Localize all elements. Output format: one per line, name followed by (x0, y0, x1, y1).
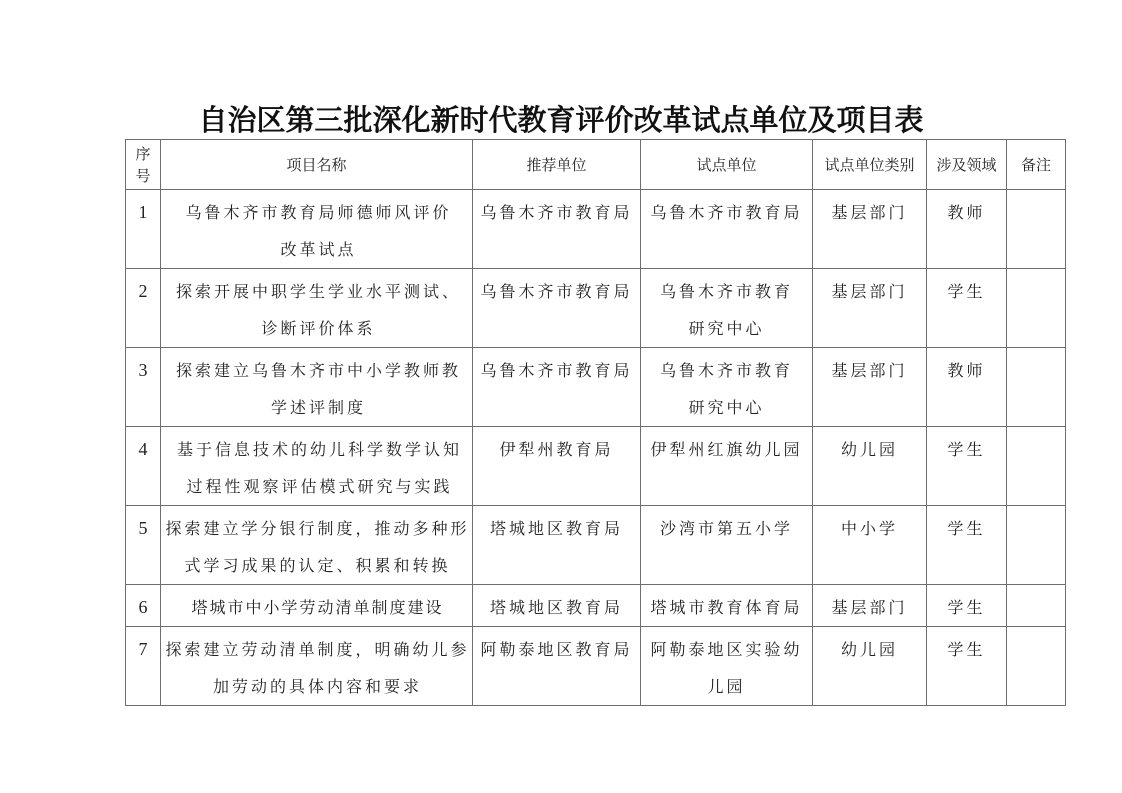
recommending-unit-text: 伊犁州教育局 (473, 421, 640, 468)
pilot-unit-type-text: 基层部门 (813, 184, 926, 231)
pilot-unit-type-text: 基层部门 (813, 263, 926, 310)
cell-pilot-unit-type: 基层部门 (813, 348, 927, 427)
remarks-text (1007, 621, 1065, 631)
cell-recommending-unit: 乌鲁木齐市教育局 (473, 269, 641, 348)
project-name-text: 乌鲁木齐市教育局师德师风评价改革试点 (161, 184, 472, 268)
recommending-unit-text: 乌鲁木齐市教育局 (473, 184, 640, 231)
seq-text: 2 (126, 263, 160, 310)
table-header-row: 序号 项目名称 推荐单位 试点单位 试点单位类别 涉及领域 备注 (126, 140, 1066, 190)
header-remarks: 备注 (1007, 140, 1066, 190)
cell-seq: 4 (126, 427, 161, 506)
domain-text: 学生 (927, 579, 1006, 626)
cell-project-name: 探索建立乌鲁木齐市中小学教师教学述评制度 (161, 348, 473, 427)
cell-seq: 2 (126, 269, 161, 348)
page-title: 自治区第三批深化新时代教育评价改革试点单位及项目表 (0, 100, 1122, 140)
table-row: 4 基于信息技术的幼儿科学数学认知过程性观察评估模式研究与实践 伊犁州教育局 伊… (126, 427, 1066, 506)
pilot-unit-text: 沙湾市第五小学 (641, 500, 812, 547)
cell-project-name: 基于信息技术的幼儿科学数学认知过程性观察评估模式研究与实践 (161, 427, 473, 506)
remarks-text (1007, 421, 1065, 431)
cell-domain: 学生 (927, 269, 1007, 348)
table-row: 7 探索建立劳动清单制度，明确幼儿参加劳动的具体内容和要求 阿勒泰地区教育局 阿… (126, 627, 1066, 706)
cell-project-name: 乌鲁木齐市教育局师德师风评价改革试点 (161, 190, 473, 269)
pilot-units-table: 序号 项目名称 推荐单位 试点单位 试点单位类别 涉及领域 备注 1 乌鲁木齐市… (125, 139, 1066, 706)
cell-pilot-unit: 沙湾市第五小学 (641, 506, 813, 585)
table-row: 1 乌鲁木齐市教育局师德师风评价改革试点 乌鲁木齐市教育局 乌鲁木齐市教育局 基… (126, 190, 1066, 269)
pilot-unit-text: 伊犁州红旗幼儿园 (641, 421, 812, 468)
table-row: 5 探索建立学分银行制度，推动多种形式学习成果的认定、积累和转换 塔城地区教育局… (126, 506, 1066, 585)
cell-pilot-unit-type: 中小学 (813, 506, 927, 585)
cell-seq: 5 (126, 506, 161, 585)
cell-remarks (1007, 348, 1066, 427)
project-name-text: 探索开展中职学生学业水平测试、诊断评价体系 (161, 263, 472, 347)
header-project-name: 项目名称 (161, 140, 473, 190)
recommending-unit-text: 阿勒泰地区教育局 (473, 621, 640, 668)
recommending-unit-text: 塔城地区教育局 (473, 579, 640, 626)
domain-text: 学生 (927, 621, 1006, 668)
cell-pilot-unit: 伊犁州红旗幼儿园 (641, 427, 813, 506)
seq-text: 5 (126, 500, 160, 547)
cell-seq: 1 (126, 190, 161, 269)
remarks-text (1007, 342, 1065, 352)
cell-pilot-unit-type: 基层部门 (813, 190, 927, 269)
cell-recommending-unit: 伊犁州教育局 (473, 427, 641, 506)
project-name-text: 塔城市中小学劳动清单制度建设 (161, 579, 472, 626)
pilot-unit-type-text: 基层部门 (813, 579, 926, 626)
cell-pilot-unit-type: 幼儿园 (813, 627, 927, 706)
seq-text: 4 (126, 421, 160, 468)
cell-recommending-unit: 乌鲁木齐市教育局 (473, 348, 641, 427)
pilot-unit-type-text: 基层部门 (813, 342, 926, 389)
domain-text: 学生 (927, 263, 1006, 310)
seq-text: 7 (126, 621, 160, 668)
cell-pilot-unit: 乌鲁木齐市教育局 (641, 190, 813, 269)
table-row: 3 探索建立乌鲁木齐市中小学教师教学述评制度 乌鲁木齐市教育局 乌鲁木齐市教育研… (126, 348, 1066, 427)
cell-pilot-unit-type: 幼儿园 (813, 427, 927, 506)
pilot-unit-type-text: 幼儿园 (813, 621, 926, 668)
seq-text: 1 (126, 184, 160, 231)
cell-pilot-unit: 阿勒泰地区实验幼儿园 (641, 627, 813, 706)
pilot-unit-type-text: 中小学 (813, 500, 926, 547)
header-pilot-unit-type: 试点单位类别 (813, 140, 927, 190)
cell-domain: 教师 (927, 348, 1007, 427)
remarks-text (1007, 184, 1065, 194)
remarks-text (1007, 263, 1065, 273)
cell-domain: 学生 (927, 506, 1007, 585)
header-pilot-unit: 试点单位 (641, 140, 813, 190)
pilot-unit-type-text: 幼儿园 (813, 421, 926, 468)
header-seq-label: 序号 (135, 143, 151, 187)
cell-domain: 学生 (927, 627, 1007, 706)
header-domain: 涉及领域 (927, 140, 1007, 190)
header-recommending-unit: 推荐单位 (473, 140, 641, 190)
cell-project-name: 探索建立劳动清单制度，明确幼儿参加劳动的具体内容和要求 (161, 627, 473, 706)
cell-domain: 教师 (927, 190, 1007, 269)
domain-text: 学生 (927, 500, 1006, 547)
project-name-text: 探索建立劳动清单制度，明确幼儿参加劳动的具体内容和要求 (161, 621, 472, 705)
cell-pilot-unit: 乌鲁木齐市教育研究中心 (641, 348, 813, 427)
cell-project-name: 探索开展中职学生学业水平测试、诊断评价体系 (161, 269, 473, 348)
remarks-text (1007, 500, 1065, 510)
cell-seq: 3 (126, 348, 161, 427)
project-name-text: 探索建立乌鲁木齐市中小学教师教学述评制度 (161, 342, 472, 426)
seq-text: 6 (126, 579, 160, 626)
domain-text: 教师 (927, 342, 1006, 389)
recommending-unit-text: 乌鲁木齐市教育局 (473, 342, 640, 389)
project-name-text: 探索建立学分银行制度，推动多种形式学习成果的认定、积累和转换 (161, 500, 472, 584)
cell-remarks (1007, 506, 1066, 585)
cell-pilot-unit: 乌鲁木齐市教育研究中心 (641, 269, 813, 348)
pilot-unit-text: 乌鲁木齐市教育局 (641, 184, 812, 231)
cell-recommending-unit: 塔城地区教育局 (473, 585, 641, 627)
project-name-text: 基于信息技术的幼儿科学数学认知过程性观察评估模式研究与实践 (161, 421, 472, 505)
domain-text: 学生 (927, 421, 1006, 468)
cell-project-name: 塔城市中小学劳动清单制度建设 (161, 585, 473, 627)
recommending-unit-text: 塔城地区教育局 (473, 500, 640, 547)
pilot-unit-text: 塔城市教育体育局 (641, 579, 812, 626)
seq-text: 3 (126, 342, 160, 389)
cell-remarks (1007, 627, 1066, 706)
cell-remarks (1007, 427, 1066, 506)
cell-recommending-unit: 阿勒泰地区教育局 (473, 627, 641, 706)
pilot-unit-text: 乌鲁木齐市教育研究中心 (641, 263, 812, 347)
recommending-unit-text: 乌鲁木齐市教育局 (473, 263, 640, 310)
cell-pilot-unit-type: 基层部门 (813, 269, 927, 348)
cell-seq: 7 (126, 627, 161, 706)
table-row: 2 探索开展中职学生学业水平测试、诊断评价体系 乌鲁木齐市教育局 乌鲁木齐市教育… (126, 269, 1066, 348)
cell-recommending-unit: 乌鲁木齐市教育局 (473, 190, 641, 269)
cell-recommending-unit: 塔城地区教育局 (473, 506, 641, 585)
cell-project-name: 探索建立学分银行制度，推动多种形式学习成果的认定、积累和转换 (161, 506, 473, 585)
domain-text: 教师 (927, 184, 1006, 231)
header-seq: 序号 (126, 140, 161, 190)
remarks-text (1007, 579, 1065, 589)
cell-remarks (1007, 269, 1066, 348)
pilot-unit-text: 阿勒泰地区实验幼儿园 (641, 621, 812, 705)
cell-remarks (1007, 190, 1066, 269)
cell-domain: 学生 (927, 427, 1007, 506)
cell-pilot-unit: 塔城市教育体育局 (641, 585, 813, 627)
pilot-unit-text: 乌鲁木齐市教育研究中心 (641, 342, 812, 426)
